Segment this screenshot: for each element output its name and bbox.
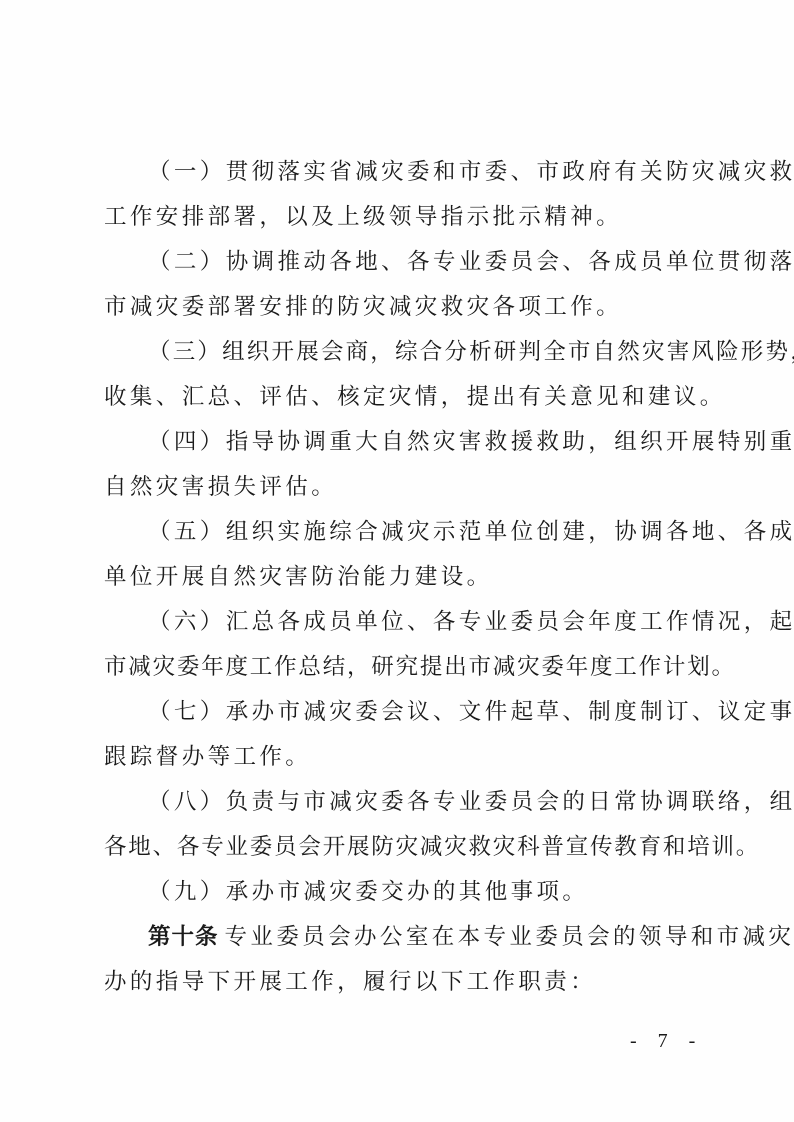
clause-4-line-2: 自然灾害损失评估。 — [104, 473, 704, 501]
clause-8-line-1: （八）负责与市减灾委各专业委员会的日常协调联络，组织 — [148, 788, 704, 816]
document-page: （一）贯彻落实省减灾委和市委、市政府有关防灾减灾救灾 工作安排部署，以及上级领导… — [0, 0, 794, 1122]
clause-5-line-1: （五）组织实施综合减灾示范单位创建，协调各地、各成员 — [148, 518, 704, 546]
article-10-text: 专业委员会办公室在本专业委员会的领导和市减灾 — [225, 924, 794, 950]
article-10-line-1: 第十条专业委员会办公室在本专业委员会的领导和市减灾 — [148, 923, 704, 951]
article-10-line-2: 办的指导下开展工作，履行以下工作职责： — [104, 968, 704, 996]
clause-3-line-2: 收集、汇总、评估、核定灾情，提出有关意见和建议。 — [104, 383, 704, 411]
clause-3-line-1: （三）组织开展会商，综合分析研判全市自然灾害风险形势， — [148, 338, 704, 366]
clause-1-line-1: （一）贯彻落实省减灾委和市委、市政府有关防灾减灾救灾 — [148, 158, 704, 186]
clause-6-line-1: （六）汇总各成员单位、各专业委员会年度工作情况，起草 — [148, 608, 704, 636]
clause-8-line-2: 各地、各专业委员会开展防灾减灾救灾科普宣传教育和培训。 — [104, 833, 704, 861]
clause-2-line-2: 市减灾委部署安排的防灾减灾救灾各项工作。 — [104, 293, 704, 321]
clause-9-line-1: （九）承办市减灾委交办的其他事项。 — [148, 878, 704, 906]
clause-7-line-2: 跟踪督办等工作。 — [104, 743, 704, 771]
page-number: - 7 - — [630, 1030, 703, 1053]
clause-1-line-2: 工作安排部署，以及上级领导指示批示精神。 — [104, 203, 704, 231]
clause-7-line-1: （七）承办市减灾委会议、文件起草、制度制订、议定事项 — [148, 698, 704, 726]
clause-2-line-1: （二）协调推动各地、各专业委员会、各成员单位贯彻落实 — [148, 248, 704, 276]
article-number: 第十条 — [148, 924, 219, 950]
clause-6-line-2: 市减灾委年度工作总结，研究提出市减灾委年度工作计划。 — [104, 653, 704, 681]
clause-5-line-2: 单位开展自然灾害防治能力建设。 — [104, 563, 704, 591]
clause-4-line-1: （四）指导协调重大自然灾害救援救助，组织开展特别重大 — [148, 428, 704, 456]
